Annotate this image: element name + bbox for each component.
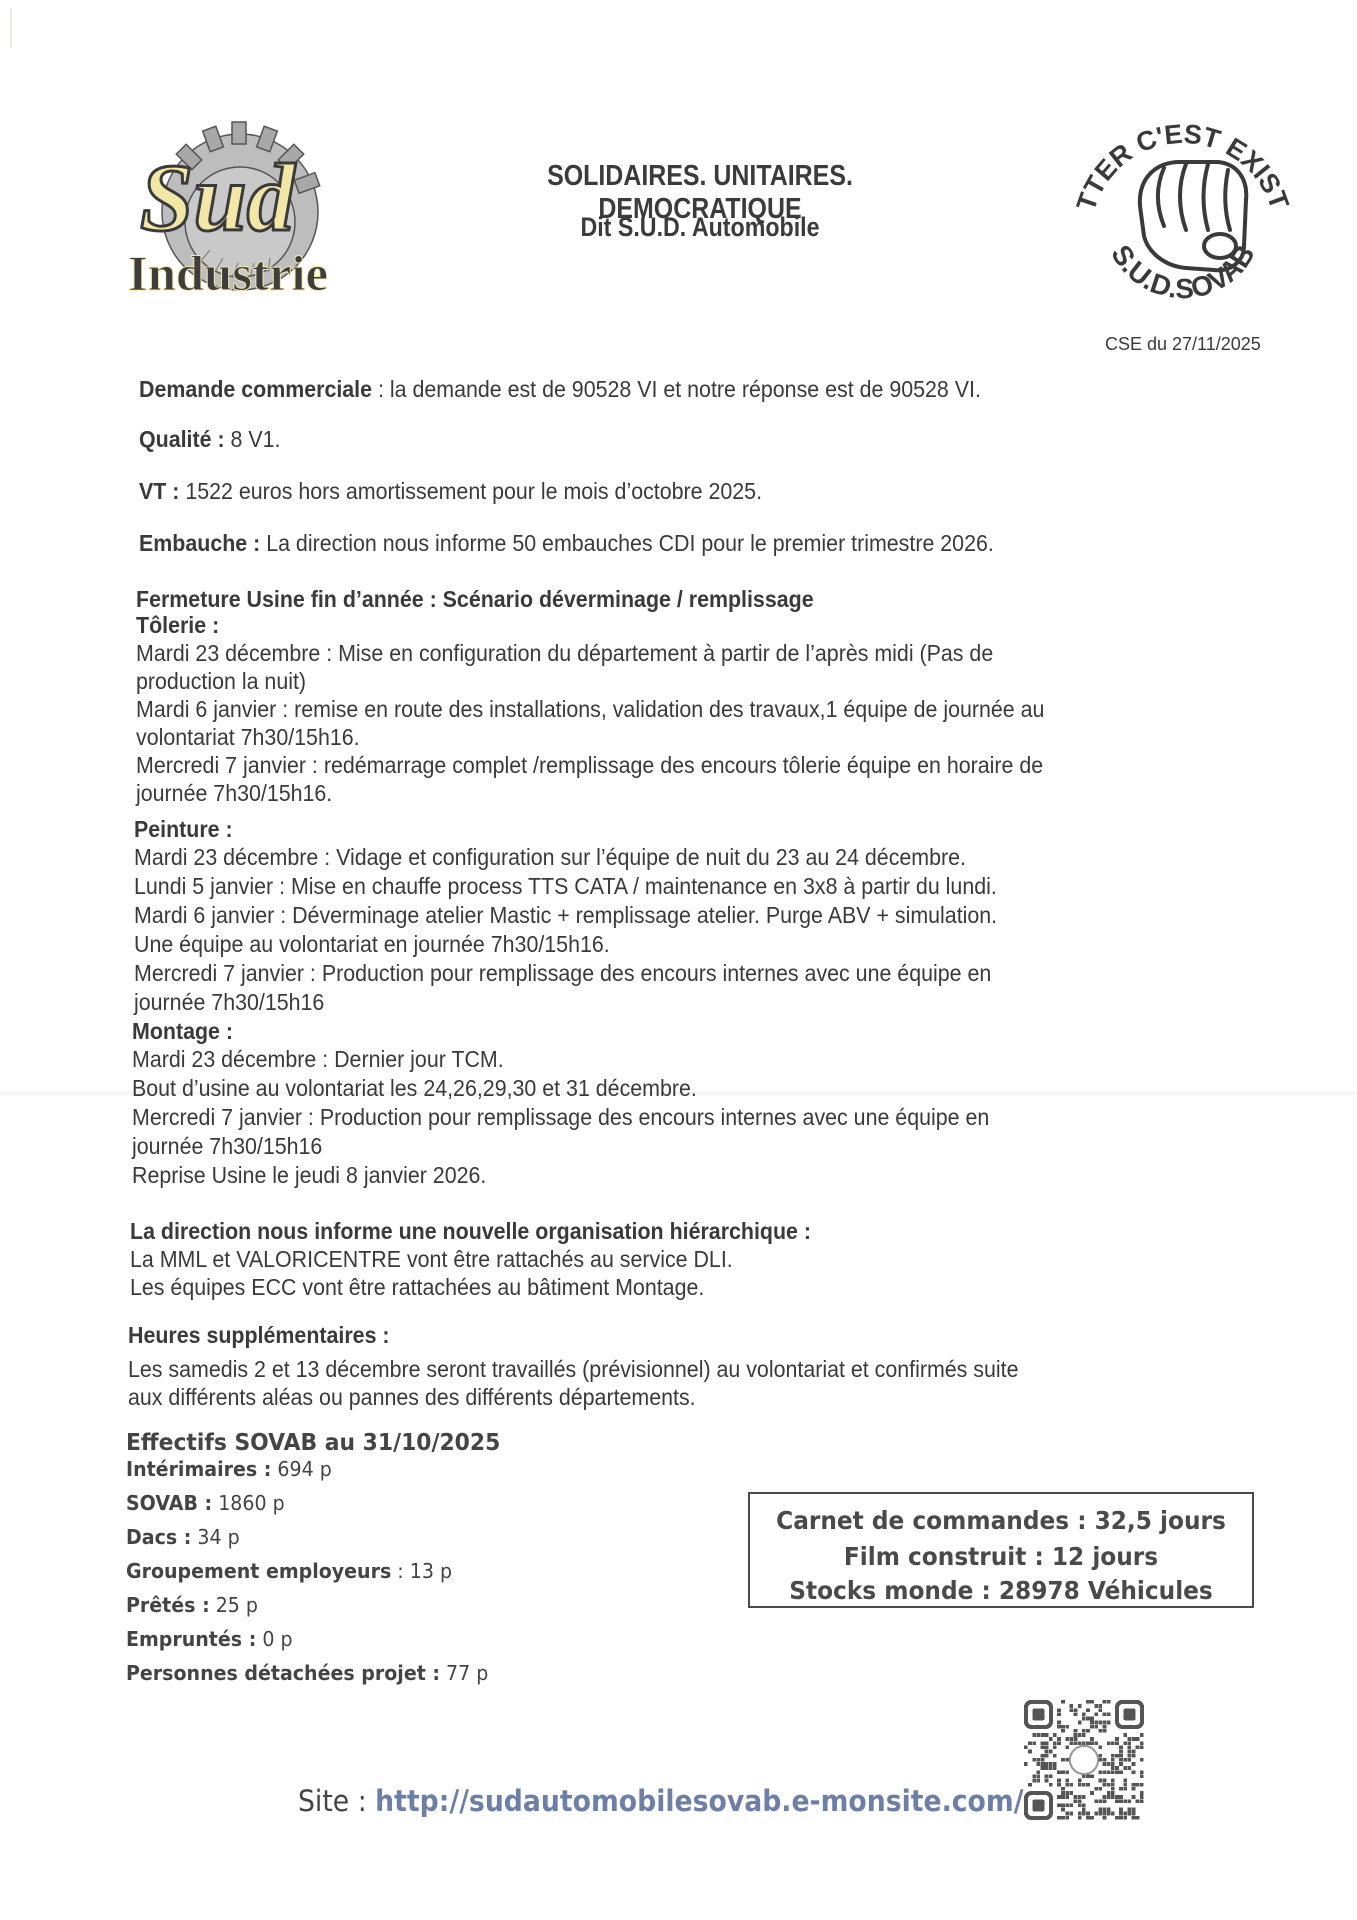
schedule-line: Une équipe au volontariat en journée 7h3… [134, 931, 610, 957]
tolerie-heading: Tôlerie : [136, 612, 219, 638]
schedule-line: Lundi 5 janvier : Mise en chauffe proces… [134, 873, 997, 899]
effectif-value: 25 p [210, 1593, 258, 1617]
intro-vt: VT : 1522 euros hors amortissement pour … [139, 478, 762, 504]
raised-fist-logo-icon: LUTTER C'EST EXISTER S.U.D.SOVAB [1068, 96, 1298, 326]
effectif-label: Personnes détachées projet : [126, 1661, 440, 1685]
intro-qualite: Qualité : 8 V1. [139, 426, 280, 452]
intro-embauche: Embauche : La direction nous informe 50 … [139, 530, 994, 556]
meeting-date: CSE du 27/11/2025 [1105, 334, 1261, 355]
schedule-line: Mercredi 7 janvier : redémarrage complet… [136, 752, 1043, 778]
scan-artifact [10, 8, 12, 48]
schedule-line: Reprise Usine le jeudi 8 janvier 2026. [132, 1162, 486, 1188]
effectif-item: SOVAB : 1860 p [126, 1486, 285, 1520]
svg-text:Industrie: Industrie [128, 245, 328, 301]
effectif-item: Groupement employeurs : 13 p [126, 1554, 452, 1588]
schedule-line: Mercredi 7 janvier : Production pour rem… [132, 1104, 989, 1130]
effectif-label: SOVAB : [126, 1491, 212, 1515]
summary-stocks: Stocks monde : 28978 Véhicules [768, 1576, 1235, 1605]
summary-box: Carnet de commandes : 32,5 jours Film co… [748, 1492, 1254, 1608]
schedule-line: Mardi 6 janvier : Déverminage atelier Ma… [134, 902, 997, 928]
schedule-line: journée 7h30/15h16 [132, 1133, 322, 1159]
sud-industrie-logo-icon: Sud Industrie [120, 112, 340, 312]
schedule-line: journée 7h30/15h16. [136, 780, 332, 806]
effectif-value: 694 p [271, 1457, 331, 1481]
montage-heading: Montage : [132, 1018, 233, 1044]
effectif-item: Intérimaires : 694 p [126, 1452, 332, 1486]
schedule-line: journée 7h30/15h16 [134, 989, 324, 1015]
effectif-item: Personnes détachées projet : 77 p [126, 1656, 488, 1690]
site-label: Site : [298, 1784, 375, 1818]
summary-carnet: Carnet de commandes : 32,5 jours [768, 1506, 1235, 1535]
schedule-line: Mardi 23 décembre : Vidage et configurat… [134, 844, 966, 870]
organisation-line: Les équipes ECC vont être rattachées au … [130, 1274, 704, 1300]
schedule-line: Mardi 23 décembre : Dernier jour TCM. [132, 1046, 504, 1072]
peinture-heading: Peinture : [134, 816, 233, 842]
summary-film: Film construit : 12 jours [768, 1542, 1235, 1571]
effectif-label: Empruntés : [126, 1627, 256, 1651]
schedule-line: Mercredi 7 janvier : Production pour rem… [134, 960, 991, 986]
intro-demande: Demande commerciale : la demande est de … [139, 376, 981, 402]
effectif-label: Dacs : [126, 1525, 191, 1549]
effectif-label: Intérimaires : [126, 1457, 271, 1481]
schedule-line: volontariat 7h30/15h16. [136, 724, 360, 750]
schedule-line: Mardi 6 janvier : remise en route des in… [136, 696, 1044, 722]
site-link[interactable]: http://sudautomobilesovab.e-monsite.com/ [375, 1784, 1023, 1818]
effectif-value: 1860 p [212, 1491, 284, 1515]
heures-sup-line: aux différents aléas ou pannes des diffé… [128, 1384, 696, 1410]
organisation-title: La direction nous informe une nouvelle o… [130, 1218, 811, 1244]
effectif-item: Dacs : 34 p [126, 1520, 240, 1554]
schedule-line: Bout d’usine au volontariat les 24,26,29… [132, 1075, 697, 1101]
effectif-value: 34 p [191, 1525, 239, 1549]
qr-code-icon[interactable] [1024, 1700, 1144, 1820]
effectif-value: 0 p [256, 1627, 292, 1651]
effectif-value: 77 p [440, 1661, 488, 1685]
site-footer: Site : http://sudautomobilesovab.e-monsi… [298, 1784, 1023, 1818]
effectif-label: Groupement employeurs [126, 1559, 391, 1583]
organisation-line: La MML et VALORICENTRE vont être rattach… [130, 1246, 733, 1272]
effectif-value: : 13 p [391, 1559, 452, 1583]
effectif-item: Empruntés : 0 p [126, 1622, 293, 1656]
schedule-line: Mardi 23 décembre : Mise en configuratio… [136, 640, 993, 666]
header-subtitle: Dit S.U.D. Automobile [459, 212, 941, 243]
schedule-line: production la nuit) [136, 668, 306, 694]
heures-sup-line: Les samedis 2 et 13 décembre seront trav… [128, 1356, 1019, 1382]
effectif-item: Prêtés : 25 p [126, 1588, 258, 1622]
svg-text:Sud: Sud [140, 144, 297, 251]
fermeture-title: Fermeture Usine fin d’année : Scénario d… [136, 586, 814, 612]
heures-sup-title: Heures supplémentaires : [128, 1322, 390, 1348]
effectif-label: Prêtés : [126, 1593, 210, 1617]
